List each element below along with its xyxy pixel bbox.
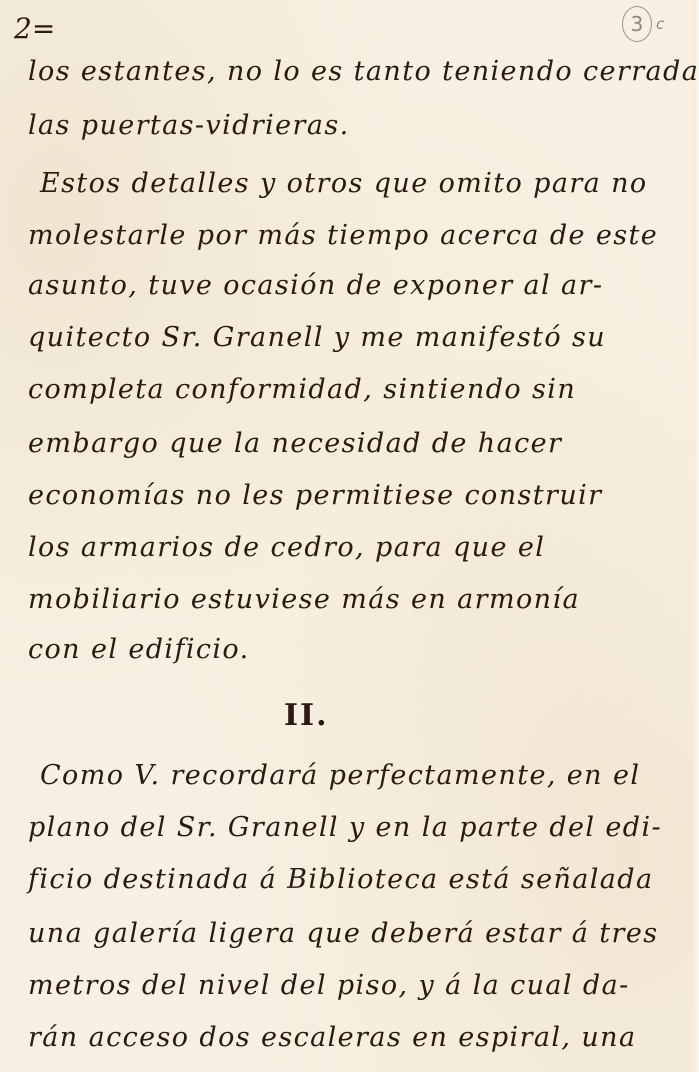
text-line: las puertas-vidrieras. [28,110,350,141]
text-line: Como V. recordará perfectamente, en el [40,760,640,791]
manuscript-page: 2= 3 c los estantes, no lo es tanto teni… [0,0,699,1072]
text-line: Estos detalles y otros que omito para no [40,168,648,199]
text-line: los estantes, no lo es tanto teniendo ce… [28,56,699,87]
page-number: 2= [14,12,55,45]
text-line: ficio destinada á Biblioteca está señala… [28,864,653,895]
text-line: rán acceso dos escaleras en espiral, una [28,1022,636,1053]
section-heading: II. [284,698,329,733]
text-line: una galería ligera que deberá estar á tr… [28,918,658,949]
text-line: con el edificio. [28,634,250,665]
text-line: quitecto Sr. Granell y me manifestó su [28,322,606,353]
folio-letter: c [656,15,664,33]
text-line: completa conformidad, sintiendo sin [28,374,576,405]
text-line: mobiliario estuviese más en armonía [28,584,580,615]
text-line: economías no les permitiese construir [28,480,602,511]
page-edge [693,0,699,1072]
folio-stamp: 3 c [622,6,664,42]
text-line: asunto, tuve ocasión de exponer al ar- [28,270,603,301]
text-line: molestarle por más tiempo acerca de este [28,220,658,251]
folio-number: 3 [622,6,652,42]
text-line: embargo que la necesidad de hacer [28,428,562,459]
text-line: los armarios de cedro, para que el [28,532,545,563]
text-line: plano del Sr. Granell y en la parte del … [28,812,662,843]
text-line: metros del nivel del piso, y á la cual d… [28,970,630,1001]
